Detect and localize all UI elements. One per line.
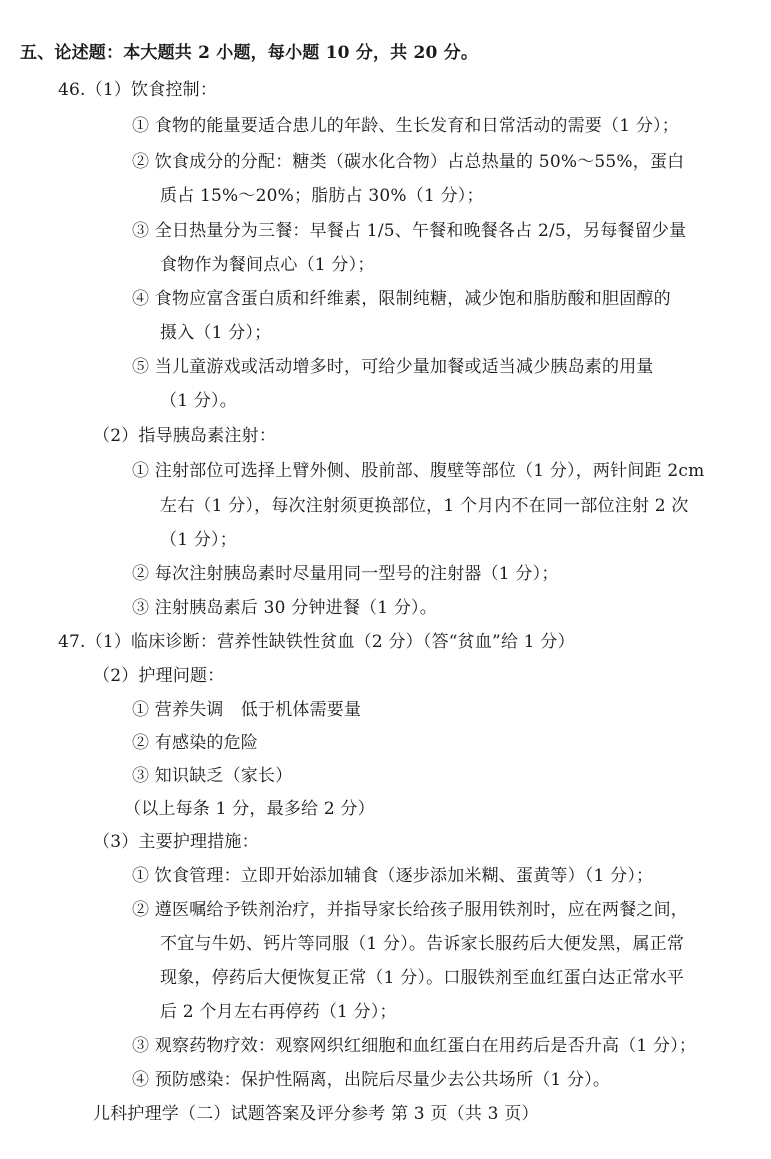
- q46-p1-item4: ④ 食物应富含蛋白质和纤维素，限制纯糖，减少饱和脂肪酸和胆固醇的: [132, 288, 671, 310]
- q47-p2-item2: ② 有感染的危险: [132, 732, 258, 754]
- page-footer: 儿科护理学（二）试题答案及评分参考 第 3 页（共 3 页）: [93, 1103, 539, 1125]
- q46-part1-heading: 46.（1）饮食控制：: [58, 79, 217, 101]
- q46-p1-item1: ① 食物的能量要适合患儿的年龄、生长发育和日常活动的需要（1 分）；: [132, 115, 679, 137]
- q47-p3-item2-cont1: 不宜与牛奶、钙片等同服（1 分）。告诉家长服药后大便发黑，属正常: [160, 933, 684, 955]
- q46-p1-item4-cont: 摄入（1 分）；: [160, 322, 271, 344]
- q46-p1-item3-cont: 食物作为餐间点心（1 分）；: [160, 254, 375, 276]
- q46-p1-item2-cont: 质占 15%～20%；脂肪占 30%（1 分）；: [160, 185, 484, 207]
- section-header: 五、论述题：本大题共 2 小题，每小题 10 分，共 20 分。: [20, 42, 478, 64]
- q46-p2-item3: ③ 注射胰岛素后 30 分钟进餐（1 分）。: [132, 597, 437, 619]
- q47-p2-item3: ③ 知识缺乏（家长）: [132, 765, 292, 787]
- q47-p3-item2-cont2: 现象，停药后大便恢复正常（1 分）。口服铁剂至血红蛋白达正常水平: [160, 967, 684, 989]
- q46-p1-item2: ② 饮食成分的分配：糖类（碳水化合物）占总热量的 50%～55%，蛋白: [132, 151, 684, 173]
- q46-p2-item2: ② 每次注射胰岛素时尽量用同一型号的注射器（1 分）；: [132, 563, 559, 585]
- q47-p2-item1: ① 营养失调 低于机体需要量: [132, 699, 361, 721]
- q47-p3-item2: ② 遵医嘱给予铁剂治疗，并指导家长给孩子服用铁剂时，应在两餐之间，: [132, 899, 688, 921]
- q47-p2-note: （以上每条 1 分，最多给 2 分）: [124, 798, 375, 820]
- q47-part2-heading: （2）护理问题：: [93, 665, 224, 687]
- q46-p2-item1: ① 注射部位可选择上臂外侧、股前部、腹壁等部位（1 分），两针间距 2cm: [132, 460, 704, 482]
- q47-p3-item2-cont3: 后 2 个月左右再停药（1 分）；: [160, 1001, 397, 1023]
- q46-p1-item5-cont: （1 分）。: [160, 390, 237, 412]
- q46-p2-item1-cont1: 左右（1 分），每次注射须更换部位，1 个月内不在同一部位注射 2 次: [160, 495, 689, 517]
- q46-p1-item5: ⑤ 当儿童游戏或活动增多时，可给少量加餐或适当减少胰岛素的用量: [132, 356, 654, 378]
- q46-p1-item3: ③ 全日热量分为三餐：早餐占 1/5、午餐和晚餐各占 2/5，另每餐留少量: [132, 220, 686, 242]
- q47-p3-item1: ① 饮食管理：立即开始添加辅食（逐步添加米糊、蛋黄等）（1 分）；: [132, 865, 653, 887]
- q47-part3-heading: （3）主要护理措施：: [93, 831, 259, 853]
- q47-p3-item3: ③ 观察药物疗效：观察网织红细胞和血红蛋白在用药后是否升高（1 分）；: [132, 1035, 696, 1057]
- q47-part1-heading: 47.（1）临床诊断：营养性缺铁性贫血（2 分）（答“贫血”给 1 分）: [58, 631, 575, 653]
- q47-p3-item4: ④ 预防感染：保护性隔离，出院后尽量少去公共场所（1 分）。: [132, 1069, 610, 1091]
- q46-part2-heading: （2）指导胰岛素注射：: [93, 425, 276, 447]
- q46-p2-item1-cont2: （1 分）；: [160, 529, 237, 551]
